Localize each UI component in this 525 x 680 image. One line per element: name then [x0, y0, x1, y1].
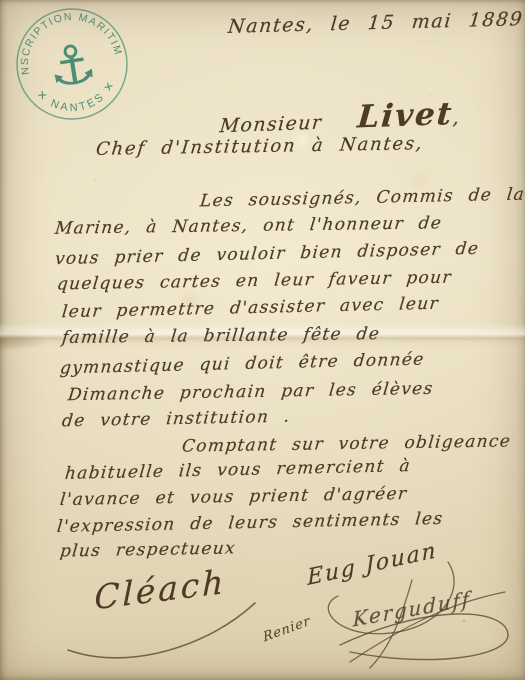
letter-page: INSCRIPTION MARITIME ✕ NANTES ✕ ⚓ Nantes… — [0, 0, 525, 680]
kerguduff-diagonal-stroke — [350, 592, 505, 662]
jouan-loop-flourish — [328, 562, 454, 634]
jouan-descender-stroke — [370, 580, 412, 668]
cleach-underline-flourish — [68, 603, 255, 658]
signature-flourishes — [0, 0, 525, 680]
